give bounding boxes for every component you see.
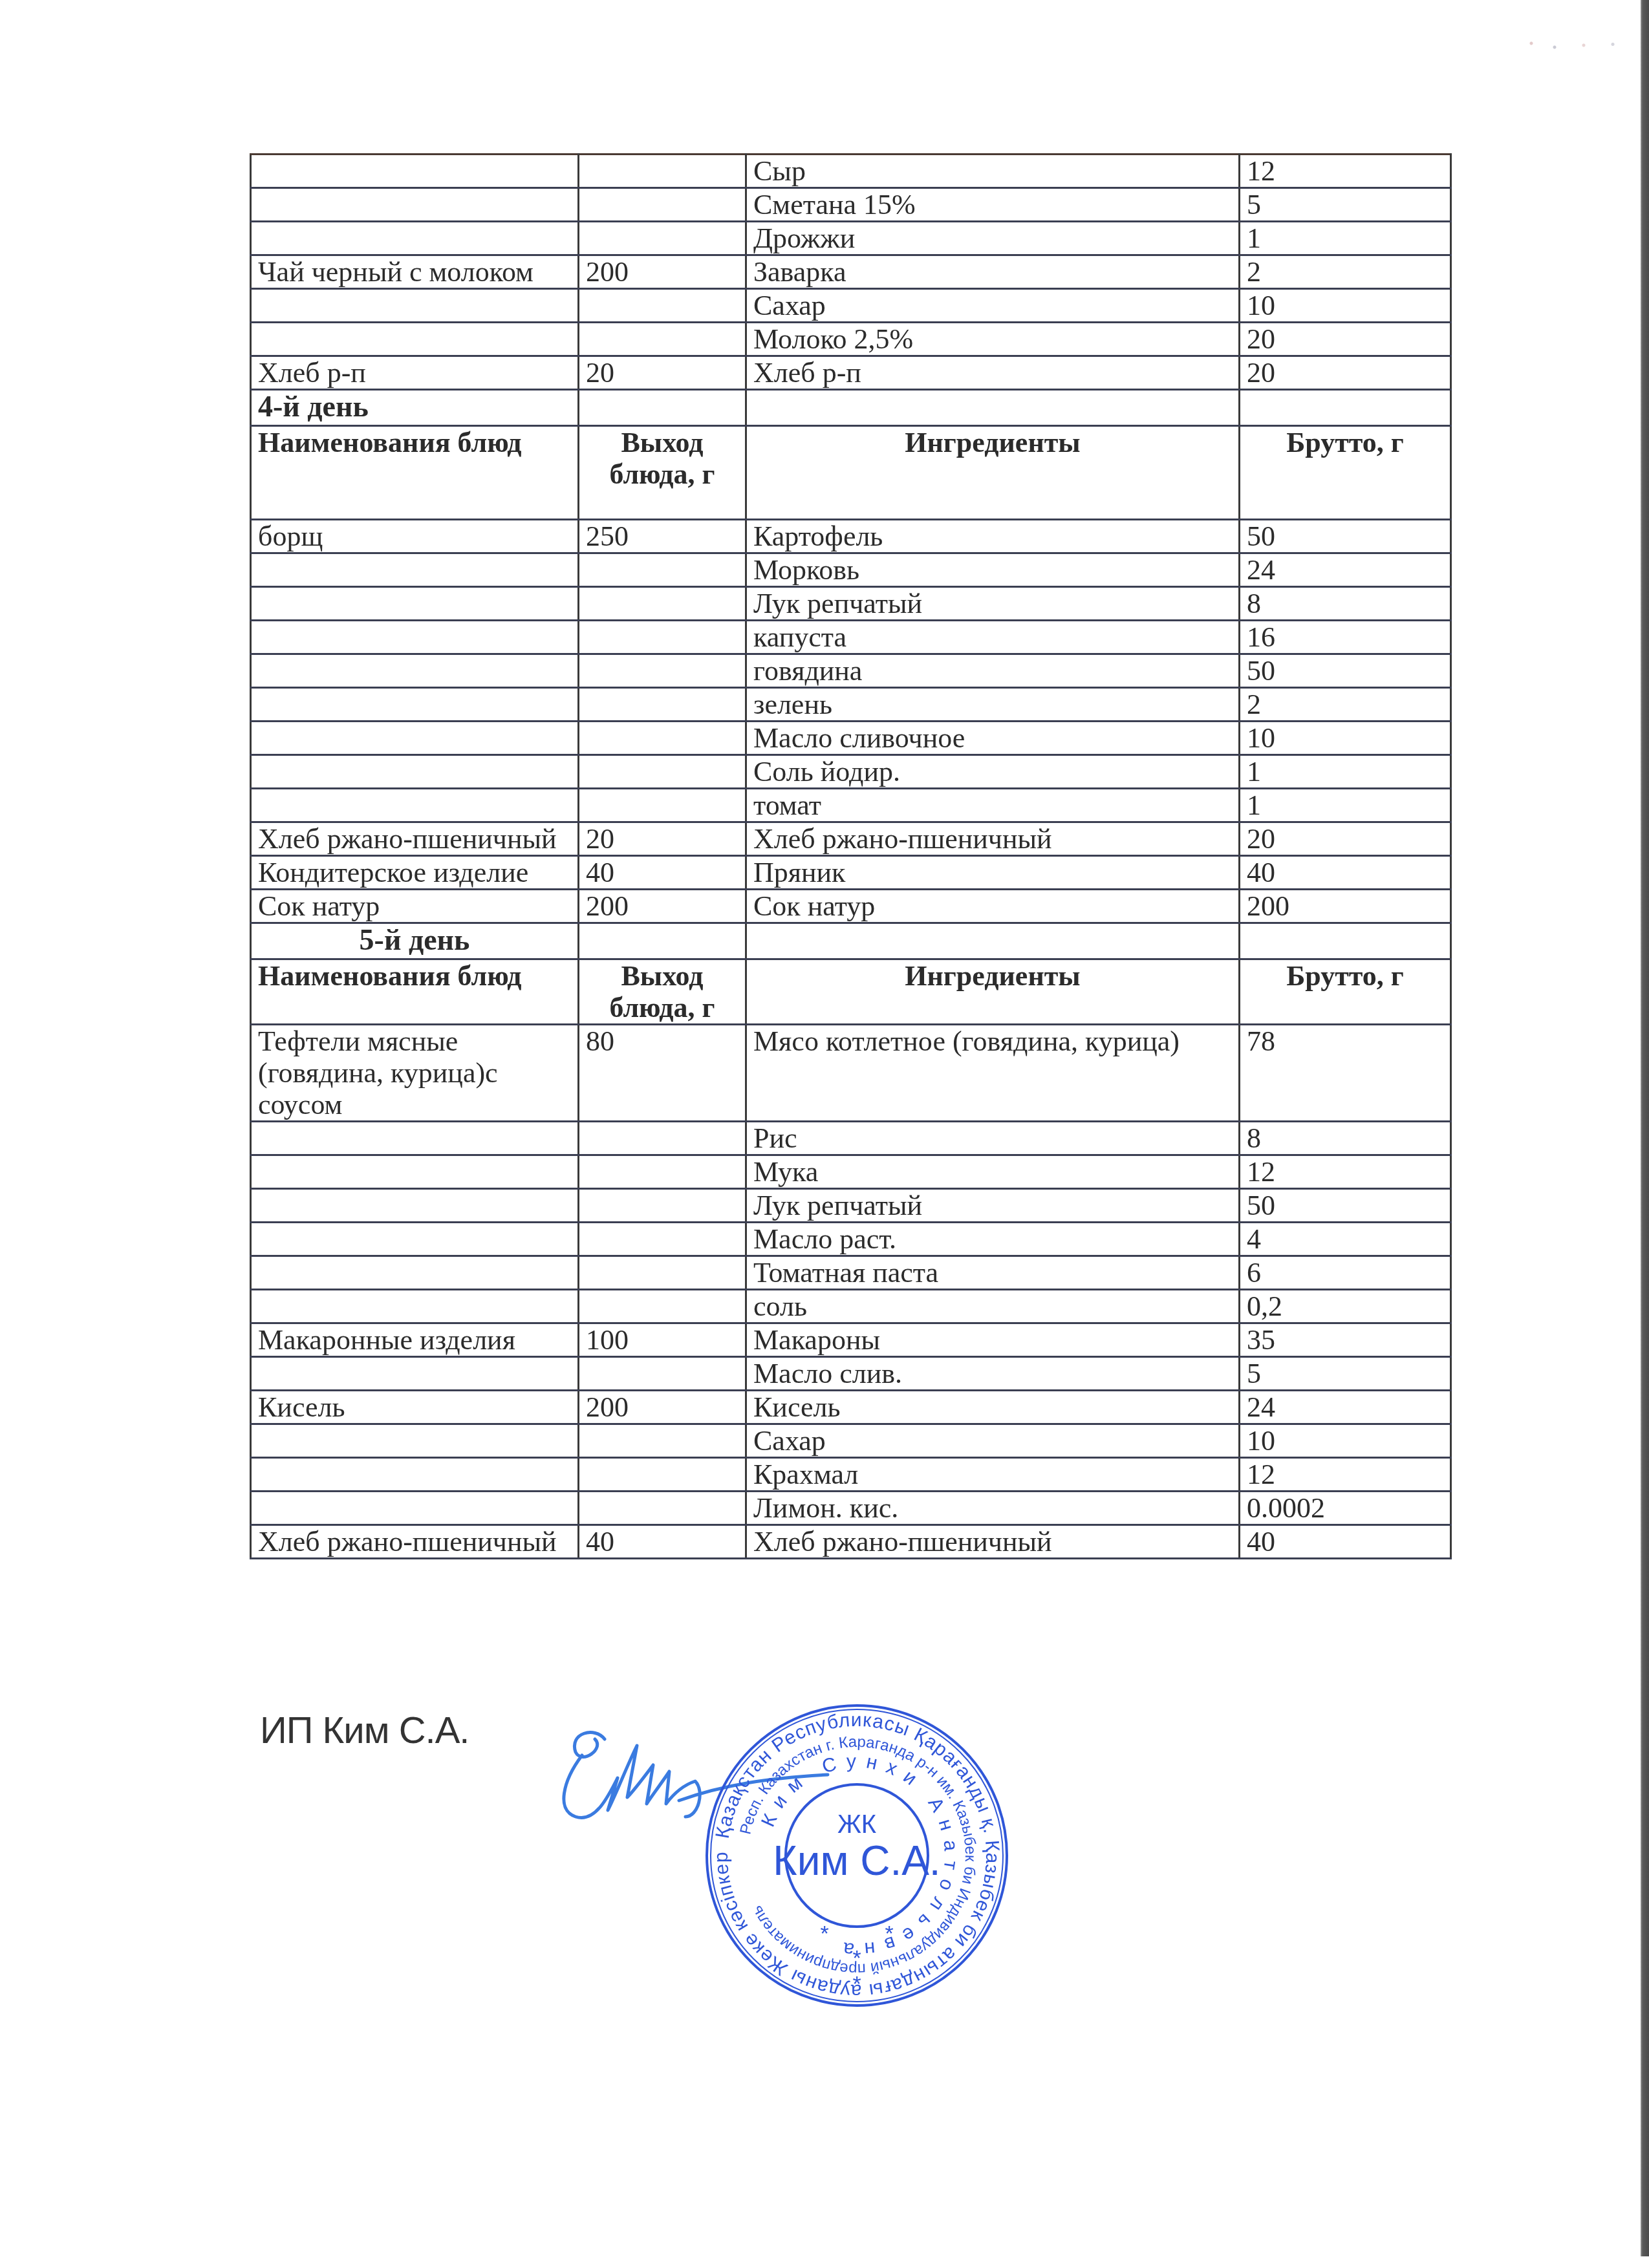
gross-weight-cell: 5: [1240, 1357, 1451, 1391]
dish-name-cell: Сок натур: [251, 890, 579, 923]
yield-cell: 250: [579, 520, 746, 553]
table-row: Дрожжи1: [251, 222, 1451, 255]
gross-weight-cell: 20: [1240, 822, 1451, 856]
day-heading: 4-й день: [251, 390, 579, 426]
ingredient-cell: Хлеб ржано-пшеничный: [746, 1525, 1240, 1559]
ingredient-cell: Масло раст.: [746, 1223, 1240, 1256]
table-row: соль0,2: [251, 1290, 1451, 1323]
ingredient-cell: Хлеб р-п: [746, 356, 1240, 390]
header-ingredients: Ингредиенты: [746, 426, 1240, 520]
gross-weight-cell: 10: [1240, 289, 1451, 323]
header-yield: Выход блюда, г: [579, 959, 746, 1025]
stamp-star-icon: *: [852, 1972, 861, 1996]
ingredient-cell: Сметана 15%: [746, 188, 1240, 222]
table-row: Молоко 2,5%20: [251, 323, 1451, 356]
dish-name-cell: [251, 1290, 579, 1323]
ingredient-cell: Хлеб ржано-пшеничный: [746, 822, 1240, 856]
gross-weight-cell: 8: [1240, 1122, 1451, 1155]
empty-cell: [746, 390, 1240, 426]
ingredient-cell: Макароны: [746, 1323, 1240, 1357]
dish-name-cell: [251, 1122, 579, 1155]
gross-weight-cell: 10: [1240, 1424, 1451, 1458]
yield-cell: 20: [579, 356, 746, 390]
day-heading: 5-й день: [251, 923, 579, 959]
yield-cell: 40: [579, 856, 746, 890]
stamp-star-icon: *: [852, 1946, 861, 1971]
yield-cell: [579, 587, 746, 621]
dish-name-cell: [251, 722, 579, 755]
table-row: Морковь24: [251, 553, 1451, 587]
table-row: Крахмал12: [251, 1458, 1451, 1492]
column-header-row: Наименования блюдВыход блюда, гИнгредиен…: [251, 959, 1451, 1025]
menu-table: Сыр12Сметана 15%5Дрожжи1Чай черный с мол…: [250, 153, 1452, 1559]
day-heading-row: 4-й день: [251, 390, 1451, 426]
table-row: Масло раст.4: [251, 1223, 1451, 1256]
gross-weight-cell: 50: [1240, 520, 1451, 553]
dish-name-cell: [251, 289, 579, 323]
dish-name-cell: [251, 688, 579, 722]
ingredient-cell: Томатная паста: [746, 1256, 1240, 1290]
ingredient-cell: Сахар: [746, 289, 1240, 323]
yield-cell: 80: [579, 1025, 746, 1122]
gross-weight-cell: 16: [1240, 621, 1451, 654]
empty-cell: [1240, 923, 1451, 959]
dish-name-cell: [251, 621, 579, 654]
gross-weight-cell: 0.0002: [1240, 1492, 1451, 1525]
table-row: Сметана 15%5: [251, 188, 1451, 222]
ingredient-cell: томат: [746, 789, 1240, 822]
gross-weight-cell: 40: [1240, 1525, 1451, 1559]
gross-weight-cell: 50: [1240, 654, 1451, 688]
column-header-row: Наименования блюдВыход блюда, гИнгредиен…: [251, 426, 1451, 520]
stamp-center-name: Ким С.А.: [773, 1837, 940, 1884]
dish-name-cell: [251, 1189, 579, 1223]
yield-cell: [579, 1189, 746, 1223]
yield-cell: [579, 1155, 746, 1189]
header-yield: Выход блюда, г: [579, 426, 746, 520]
yield-cell: 200: [579, 255, 746, 289]
ingredient-cell: Лук репчатый: [746, 587, 1240, 621]
table-row: капуста16: [251, 621, 1451, 654]
yield-cell: [579, 1357, 746, 1391]
gross-weight-cell: 1: [1240, 789, 1451, 822]
gross-weight-cell: 12: [1240, 1458, 1451, 1492]
gross-weight-cell: 2: [1240, 255, 1451, 289]
dish-name-cell: Хлеб ржано-пшеничный: [251, 822, 579, 856]
ingredient-cell: зелень: [746, 688, 1240, 722]
dish-name-cell: Тефтели мясные (говядина, курица)с соусо…: [251, 1025, 579, 1122]
official-stamp: Қазақстан Республикасы Қарағанды қ. Қазы…: [702, 1700, 1012, 2011]
dish-name-cell: [251, 1256, 579, 1290]
ingredient-cell: Сыр: [746, 155, 1240, 188]
gross-weight-cell: 200: [1240, 890, 1451, 923]
gross-weight-cell: 24: [1240, 1391, 1451, 1424]
ingredient-cell: Сахар: [746, 1424, 1240, 1458]
yield-cell: [579, 188, 746, 222]
yield-cell: [579, 1122, 746, 1155]
table-row: Кисель200Кисель24: [251, 1391, 1451, 1424]
table-row: Масло сливочное10: [251, 722, 1451, 755]
ingredient-cell: Морковь: [746, 553, 1240, 587]
table-row: Мука12: [251, 1155, 1451, 1189]
dish-name-cell: [251, 587, 579, 621]
yield-cell: [579, 222, 746, 255]
ingredient-cell: Пряник: [746, 856, 1240, 890]
gross-weight-cell: 20: [1240, 356, 1451, 390]
table-row: Рис8: [251, 1122, 1451, 1155]
gross-weight-cell: 40: [1240, 856, 1451, 890]
ingredient-cell: Крахмал: [746, 1458, 1240, 1492]
gross-weight-cell: 4: [1240, 1223, 1451, 1256]
gross-weight-cell: 1: [1240, 755, 1451, 789]
yield-cell: [579, 289, 746, 323]
table-row: Чай черный с молоком200Заварка2: [251, 255, 1451, 289]
table-row: зелень2: [251, 688, 1451, 722]
ingredient-cell: Соль йодир.: [746, 755, 1240, 789]
gross-weight-cell: 6: [1240, 1256, 1451, 1290]
stamp-star-icon: *: [820, 1921, 828, 1946]
ingredient-cell: Мясо котлетное (говядина, курица): [746, 1025, 1240, 1122]
ingredient-cell: Кисель: [746, 1391, 1240, 1424]
dish-name-cell: Хлеб р-п: [251, 356, 579, 390]
table-row: Лук репчатый50: [251, 1189, 1451, 1223]
table-row: Лимон. кис.0.0002: [251, 1492, 1451, 1525]
yield-cell: [579, 621, 746, 654]
ingredient-cell: Лук репчатый: [746, 1189, 1240, 1223]
header-dish-name: Наименования блюд: [251, 959, 579, 1025]
dish-name-cell: [251, 1357, 579, 1391]
dish-name-cell: [251, 553, 579, 587]
yield-cell: [579, 1290, 746, 1323]
dish-name-cell: [251, 1223, 579, 1256]
day-heading-row: 5-й день: [251, 923, 1451, 959]
gross-weight-cell: 5: [1240, 188, 1451, 222]
table-row: томат1: [251, 789, 1451, 822]
yield-cell: 100: [579, 1323, 746, 1357]
empty-cell: [746, 923, 1240, 959]
table-row: Сок натур200Сок натур200: [251, 890, 1451, 923]
ingredient-cell: Картофель: [746, 520, 1240, 553]
ingredient-cell: говядина: [746, 654, 1240, 688]
ingredient-cell: Молоко 2,5%: [746, 323, 1240, 356]
ingredient-cell: Сок натур: [746, 890, 1240, 923]
gross-weight-cell: 10: [1240, 722, 1451, 755]
yield-cell: [579, 1492, 746, 1525]
gross-weight-cell: 78: [1240, 1025, 1451, 1122]
table-row: Кондитерское изделие40Пряник40: [251, 856, 1451, 890]
stamp-center-top: ЖК: [837, 1810, 877, 1839]
yield-cell: [579, 688, 746, 722]
ingredient-cell: соль: [746, 1290, 1240, 1323]
table-row: Томатная паста6: [251, 1256, 1451, 1290]
table-row: Сахар10: [251, 1424, 1451, 1458]
ingredient-cell: Заварка: [746, 255, 1240, 289]
ingredient-cell: Масло сливочное: [746, 722, 1240, 755]
table-row: говядина50: [251, 654, 1451, 688]
yield-cell: [579, 755, 746, 789]
gross-weight-cell: 0,2: [1240, 1290, 1451, 1323]
dish-name-cell: [251, 654, 579, 688]
dish-name-cell: [251, 222, 579, 255]
yield-cell: [579, 722, 746, 755]
gross-weight-cell: 20: [1240, 323, 1451, 356]
ingredient-cell: Масло слив.: [746, 1357, 1240, 1391]
empty-cell: [579, 923, 746, 959]
header-dish-name: Наименования блюд: [251, 426, 579, 520]
dish-name-cell: Кондитерское изделие: [251, 856, 579, 890]
yield-cell: [579, 323, 746, 356]
gross-weight-cell: 8: [1240, 587, 1451, 621]
header-gross-weight: Брутто, г: [1240, 959, 1451, 1025]
yield-cell: [579, 553, 746, 587]
gross-weight-cell: 12: [1240, 1155, 1451, 1189]
table-row: Лук репчатый8: [251, 587, 1451, 621]
dish-name-cell: [251, 155, 579, 188]
dish-name-cell: [251, 323, 579, 356]
table-row: Масло слив.5: [251, 1357, 1451, 1391]
ingredient-cell: Дрожжи: [746, 222, 1240, 255]
signatory-label: ИП Ким С.А.: [260, 1709, 469, 1752]
yield-cell: [579, 1256, 746, 1290]
table-row: Хлеб ржано-пшеничный40Хлеб ржано-пшеничн…: [251, 1525, 1451, 1559]
table-row: Макаронные изделия100Макароны35: [251, 1323, 1451, 1357]
yield-cell: [579, 1458, 746, 1492]
dish-name-cell: борщ: [251, 520, 579, 553]
dish-name-cell: Макаронные изделия: [251, 1323, 579, 1357]
dish-name-cell: [251, 755, 579, 789]
table-row: Соль йодир.1: [251, 755, 1451, 789]
gross-weight-cell: 24: [1240, 553, 1451, 587]
dish-name-cell: Хлеб ржано-пшеничный: [251, 1525, 579, 1559]
yield-cell: 200: [579, 890, 746, 923]
gross-weight-cell: 12: [1240, 155, 1451, 188]
yield-cell: 40: [579, 1525, 746, 1559]
yield-cell: [579, 789, 746, 822]
empty-cell: [1240, 390, 1451, 426]
dish-name-cell: [251, 789, 579, 822]
dish-name-cell: [251, 1155, 579, 1189]
table-row: Сахар10: [251, 289, 1451, 323]
header-ingredients: Ингредиенты: [746, 959, 1240, 1025]
table-row: Сыр12: [251, 155, 1451, 188]
scanner-edge: [1641, 0, 1649, 2256]
stamp-star-icon: *: [885, 1921, 893, 1946]
dish-name-cell: [251, 1492, 579, 1525]
gross-weight-cell: 1: [1240, 222, 1451, 255]
ingredient-cell: капуста: [746, 621, 1240, 654]
gross-weight-cell: 50: [1240, 1189, 1451, 1223]
yield-cell: [579, 1223, 746, 1256]
menu-table-body: Сыр12Сметана 15%5Дрожжи1Чай черный с мол…: [251, 155, 1451, 1559]
ingredient-cell: Мука: [746, 1155, 1240, 1189]
scan-specks: [1520, 36, 1636, 55]
gross-weight-cell: 2: [1240, 688, 1451, 722]
ingredient-cell: Рис: [746, 1122, 1240, 1155]
dish-name-cell: [251, 1458, 579, 1492]
table-row: Тефтели мясные (говядина, курица)с соусо…: [251, 1025, 1451, 1122]
empty-cell: [579, 390, 746, 426]
yield-cell: 20: [579, 822, 746, 856]
table-row: Хлеб р-п20Хлеб р-п20: [251, 356, 1451, 390]
dish-name-cell: Чай черный с молоком: [251, 255, 579, 289]
yield-cell: 200: [579, 1391, 746, 1424]
yield-cell: [579, 155, 746, 188]
yield-cell: [579, 1424, 746, 1458]
dish-name-cell: Кисель: [251, 1391, 579, 1424]
table-row: борщ250Картофель50: [251, 520, 1451, 553]
dish-name-cell: [251, 1424, 579, 1458]
ingredient-cell: Лимон. кис.: [746, 1492, 1240, 1525]
header-gross-weight: Брутто, г: [1240, 426, 1451, 520]
yield-cell: [579, 654, 746, 688]
table-row: Хлеб ржано-пшеничный20Хлеб ржано-пшеничн…: [251, 822, 1451, 856]
dish-name-cell: [251, 188, 579, 222]
gross-weight-cell: 35: [1240, 1323, 1451, 1357]
